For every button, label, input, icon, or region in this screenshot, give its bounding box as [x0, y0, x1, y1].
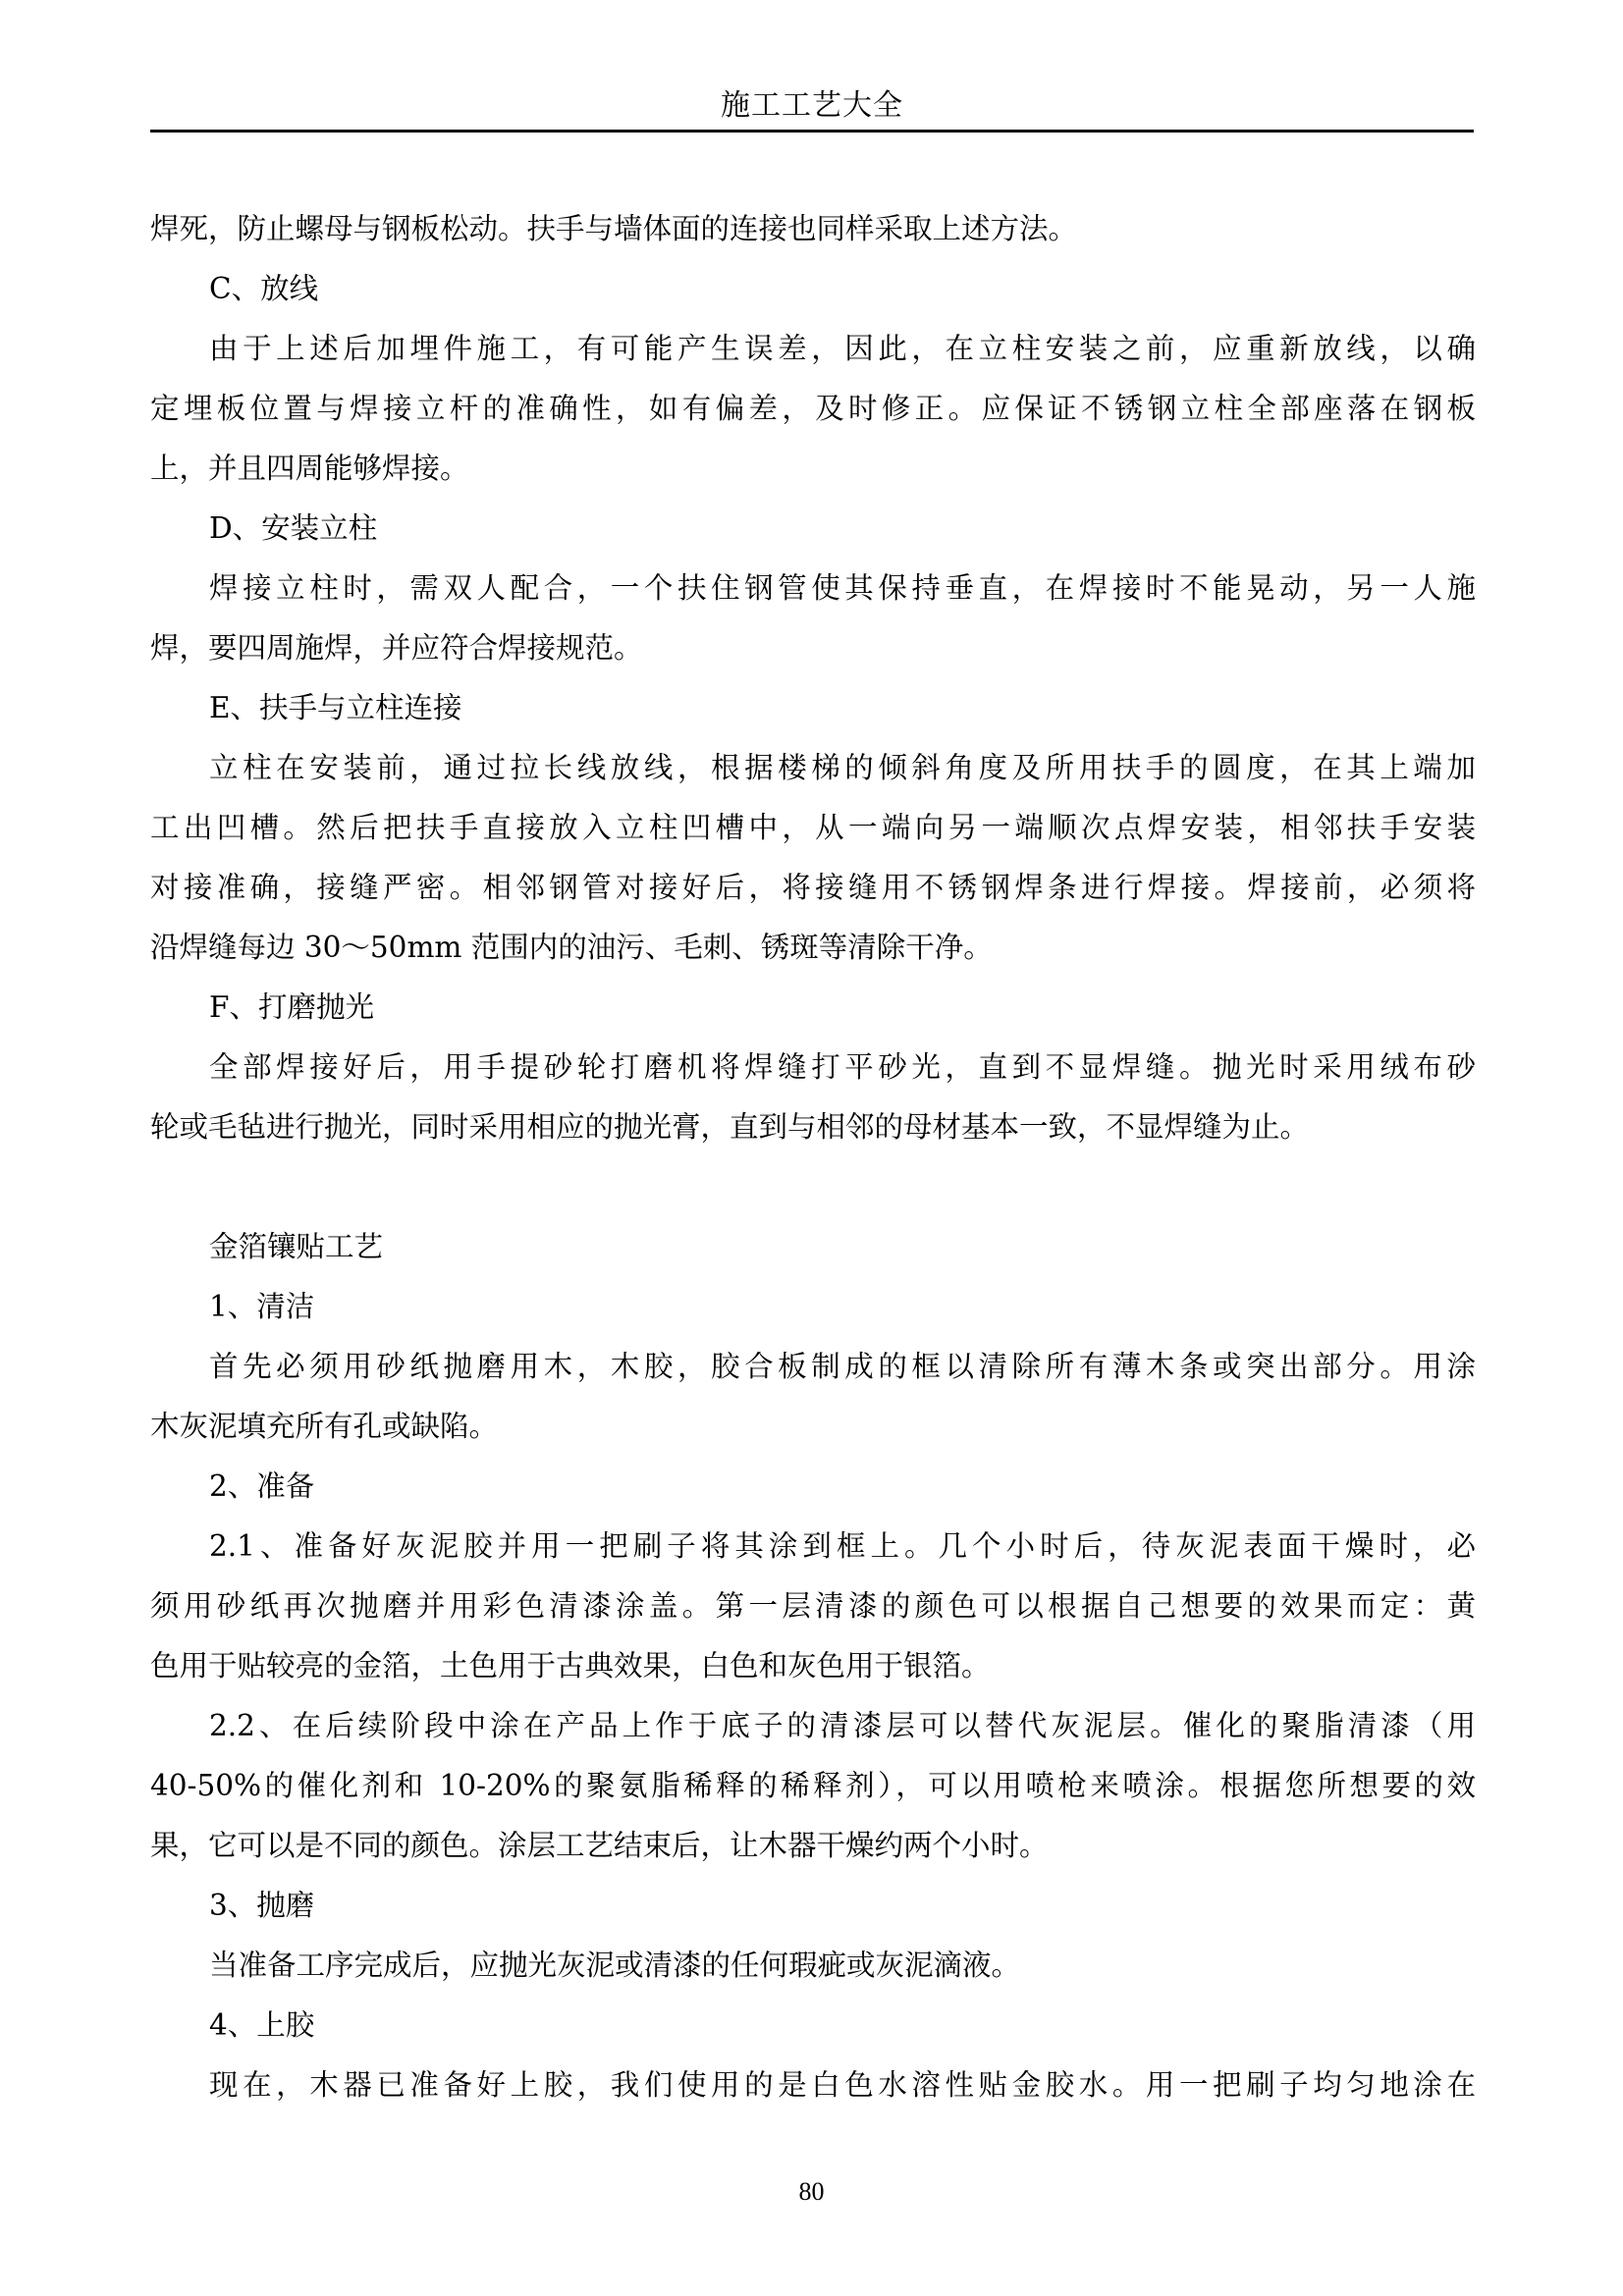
section-heading-c: C、放线 — [150, 266, 1476, 326]
running-header: 施工工艺大全 — [150, 86, 1474, 132]
paragraph-line: 沿焊缝每边 30～50mm 范围内的油污、毛刺、锈斑等清除干净。 — [150, 925, 1476, 985]
step-heading-2: 2、准备 — [150, 1464, 1476, 1523]
paragraph-line: 现在，木器已准备好上胶，我们使用的是白色水溶性贴金胶水。用一把刷子均匀地涂在 — [150, 2062, 1476, 2122]
paragraph-line: 由于上述后加埋件施工，有可能产生误差，因此，在立柱安装之前，应重新放线，以确 — [150, 326, 1476, 386]
paragraph-line: 2.2、在后续阶段中涂在产品上作于底子的清漆层可以替代灰泥层。催化的聚脂清漆（用 — [150, 1703, 1476, 1763]
paragraph-line: 定埋板位置与焊接立杆的准确性，如有偏差，及时修正。应保证不锈钢立柱全部座落在钢板 — [150, 386, 1476, 446]
paragraph-line: 40-50%的催化剂和 10-20%的聚氨脂稀释的稀释剂），可以用喷枪来喷涂。根… — [150, 1763, 1476, 1823]
header-rule — [150, 130, 1474, 133]
paragraph-line: 上，并且四周能够焊接。 — [150, 446, 1476, 506]
section-heading-f: F、打磨抛光 — [150, 985, 1476, 1044]
step-heading-1: 1、清洁 — [150, 1284, 1476, 1344]
paragraph-line: 首先必须用砂纸抛磨用木，木胶，胶合板制成的框以清除所有薄木条或突出部分。用涂 — [150, 1344, 1476, 1404]
step-heading-4: 4、上胶 — [150, 2002, 1476, 2062]
paragraph-line: 焊接立柱时，需双人配合，一个扶住钢管使其保持垂直，在焊接时不能晃动，另一人施 — [150, 565, 1476, 625]
paragraph-line: 焊，要四周施焊，并应符合焊接规范。 — [150, 625, 1476, 685]
paragraph-line: 当准备工序完成后，应抛光灰泥或清漆的任何瑕疵或灰泥滴液。 — [150, 1943, 1476, 2002]
blank-line — [150, 1164, 1476, 1224]
paragraph-line: 色用于贴较亮的金箔，土色用于古典效果，白色和灰色用于银箔。 — [150, 1643, 1476, 1703]
section-title-gold-leaf: 金箔镶贴工艺 — [150, 1224, 1476, 1284]
paragraph-line: 焊死，防止螺母与钢板松动。扶手与墙体面的连接也同样采取上述方法。 — [150, 206, 1476, 266]
paragraph-line: 木灰泥填充所有孔或缺陷。 — [150, 1404, 1476, 1464]
paragraph-line: 工出凹槽。然后把扶手直接放入立柱凹槽中，从一端向另一端顺次点焊安装，相邻扶手安装 — [150, 805, 1476, 865]
paragraph-line: 2.1、准备好灰泥胶并用一把刷子将其涂到框上。几个小时后，待灰泥表面干燥时，必 — [150, 1523, 1476, 1583]
section-heading-e: E、扶手与立柱连接 — [150, 685, 1476, 745]
paragraph-line: 对接准确，接缝严密。相邻钢管对接好后，将接缝用不锈钢焊条进行焊接。焊接前，必须将 — [150, 865, 1476, 925]
body-text: 焊死，防止螺母与钢板松动。扶手与墙体面的连接也同样采取上述方法。 C、放线 由于… — [150, 206, 1476, 2122]
paragraph-line: 须用砂纸再次抛磨并用彩色清漆涂盖。第一层清漆的颜色可以根据自己想要的效果而定：黄 — [150, 1583, 1476, 1643]
paragraph-line: 轮或毛毡进行抛光，同时采用相应的抛光膏，直到与相邻的母材基本一致，不显焊缝为止。 — [150, 1104, 1476, 1164]
paragraph-line: 立柱在安装前，通过拉长线放线，根据楼梯的倾斜角度及所用扶手的圆度，在其上端加 — [150, 745, 1476, 805]
paragraph-line: 全部焊接好后，用手提砂轮打磨机将焊缝打平砂光，直到不显焊缝。抛光时采用绒布砂 — [150, 1044, 1476, 1104]
section-heading-d: D、安装立柱 — [150, 506, 1476, 565]
paragraph-line: 果，它可以是不同的颜色。涂层工艺结束后，让木器干燥约两个小时。 — [150, 1823, 1476, 1883]
step-heading-3: 3、抛磨 — [150, 1883, 1476, 1943]
page-number: 80 — [0, 2177, 1623, 2207]
